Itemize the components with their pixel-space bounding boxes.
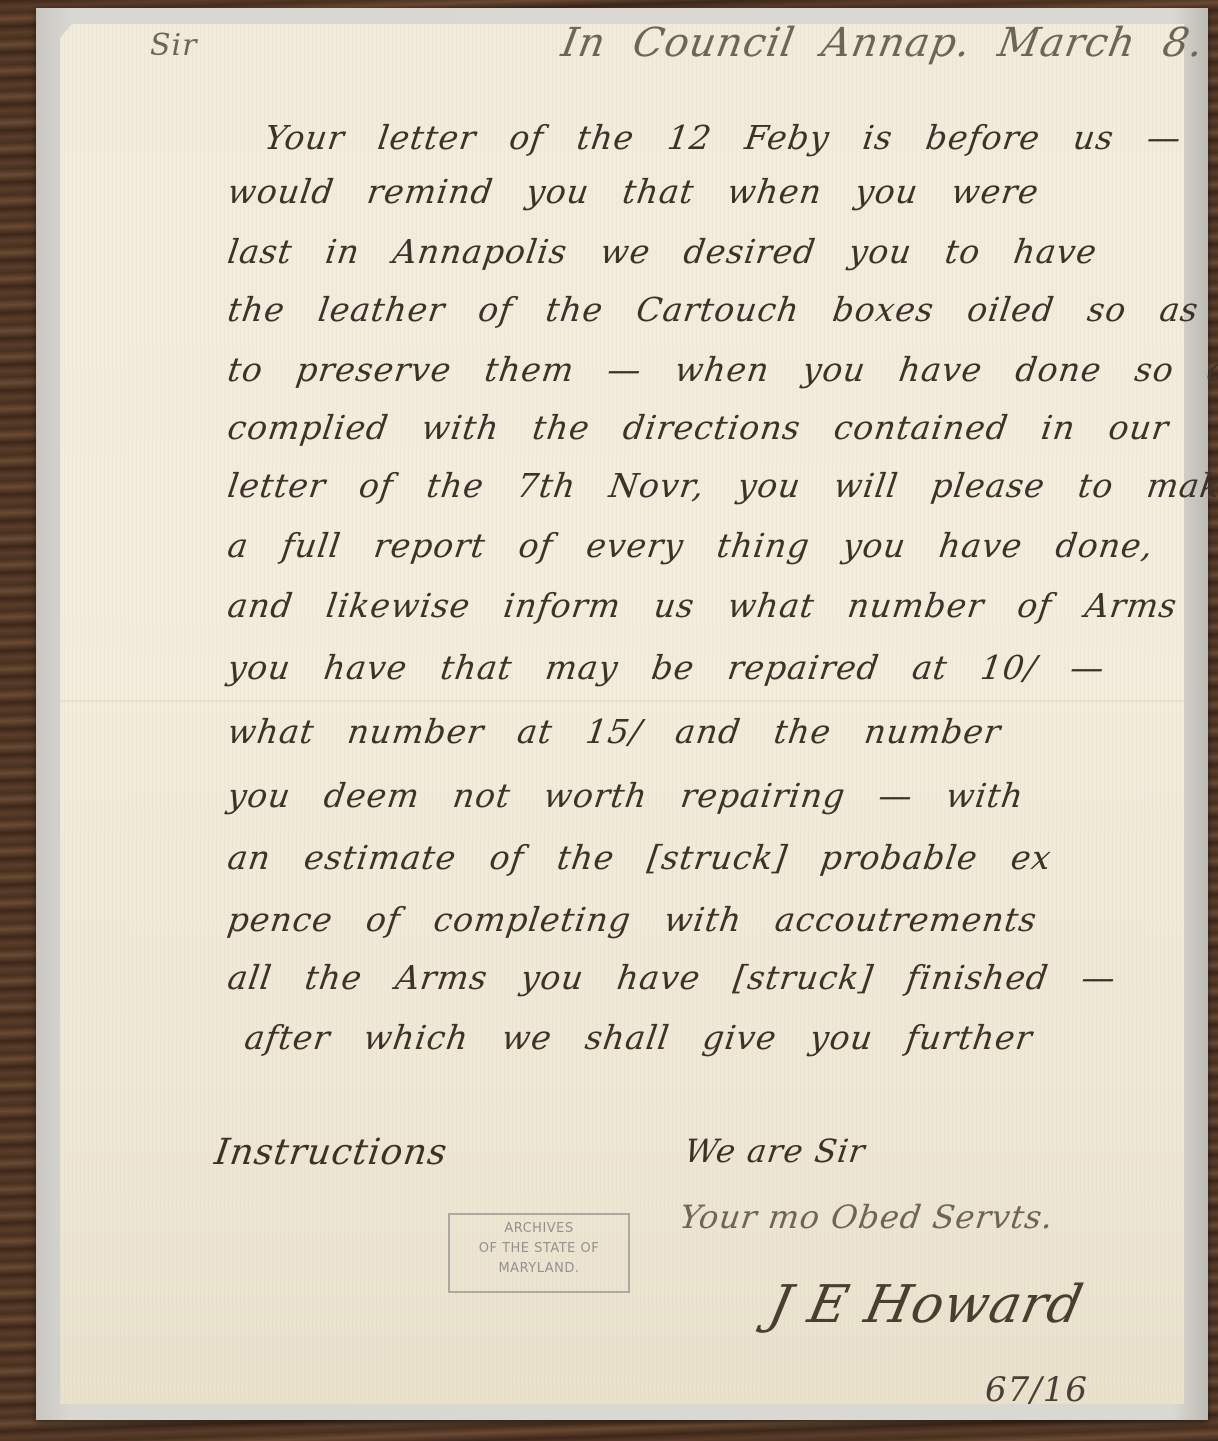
stamp-line-1: ARCHIVES [450, 1219, 628, 1239]
body-line-10: you have that may be repaired at 10/ — [225, 648, 1107, 687]
signature: J E Howard [764, 1275, 1089, 1335]
body-line-5: to preserve them — when you have done so… [225, 350, 1218, 389]
stamp-line-3: MARYLAND. [450, 1259, 628, 1279]
body-line-7: letter of the 7th Novr, you will please … [225, 466, 1218, 505]
body-line-16: after which we shall give you further [242, 1018, 1035, 1057]
body-line-14: pence of completing with accoutrements [225, 900, 1039, 939]
body-line-15: all the Arms you have [struck] finished … [225, 958, 1118, 997]
dateline: In Council Annap. March 8. 1789 [558, 20, 1218, 66]
body-line-17: Instructions [212, 1132, 450, 1173]
archives-stamp: ARCHIVES OF THE STATE OF MARYLAND. [448, 1213, 630, 1293]
body-line-6: complied with the directions contained i… [225, 408, 1171, 447]
body-line-1: Your letter of the 12 Feby is before us … [262, 118, 1218, 157]
body-line-9: and likewise inform us what number of Ar… [225, 586, 1180, 625]
body-line-4: the leather of the Cartouch boxes oiled … [225, 290, 1201, 329]
body-line-3: last in Annapolis we desired you to have [225, 232, 1100, 271]
stamp-line-2: OF THE STATE OF [450, 1239, 628, 1259]
salutation: Sir [150, 28, 198, 63]
body-line-11: what number at 15/ and the number [225, 712, 1003, 751]
body-line-13: an estimate of the [struck] probable ex [225, 838, 1054, 877]
catalog-number: 67/16 [985, 1370, 1088, 1410]
closing-line-2: Your mo Obed Servts. [677, 1198, 1056, 1236]
body-line-2: would remind you that when you were [225, 172, 1041, 211]
body-line-12: you deem not worth repairing — with [225, 776, 1026, 815]
closing-line-1: We are Sir [682, 1132, 868, 1170]
paper-fold-line [60, 700, 1184, 702]
body-line-8: a full report of every thing you have do… [225, 526, 1156, 565]
